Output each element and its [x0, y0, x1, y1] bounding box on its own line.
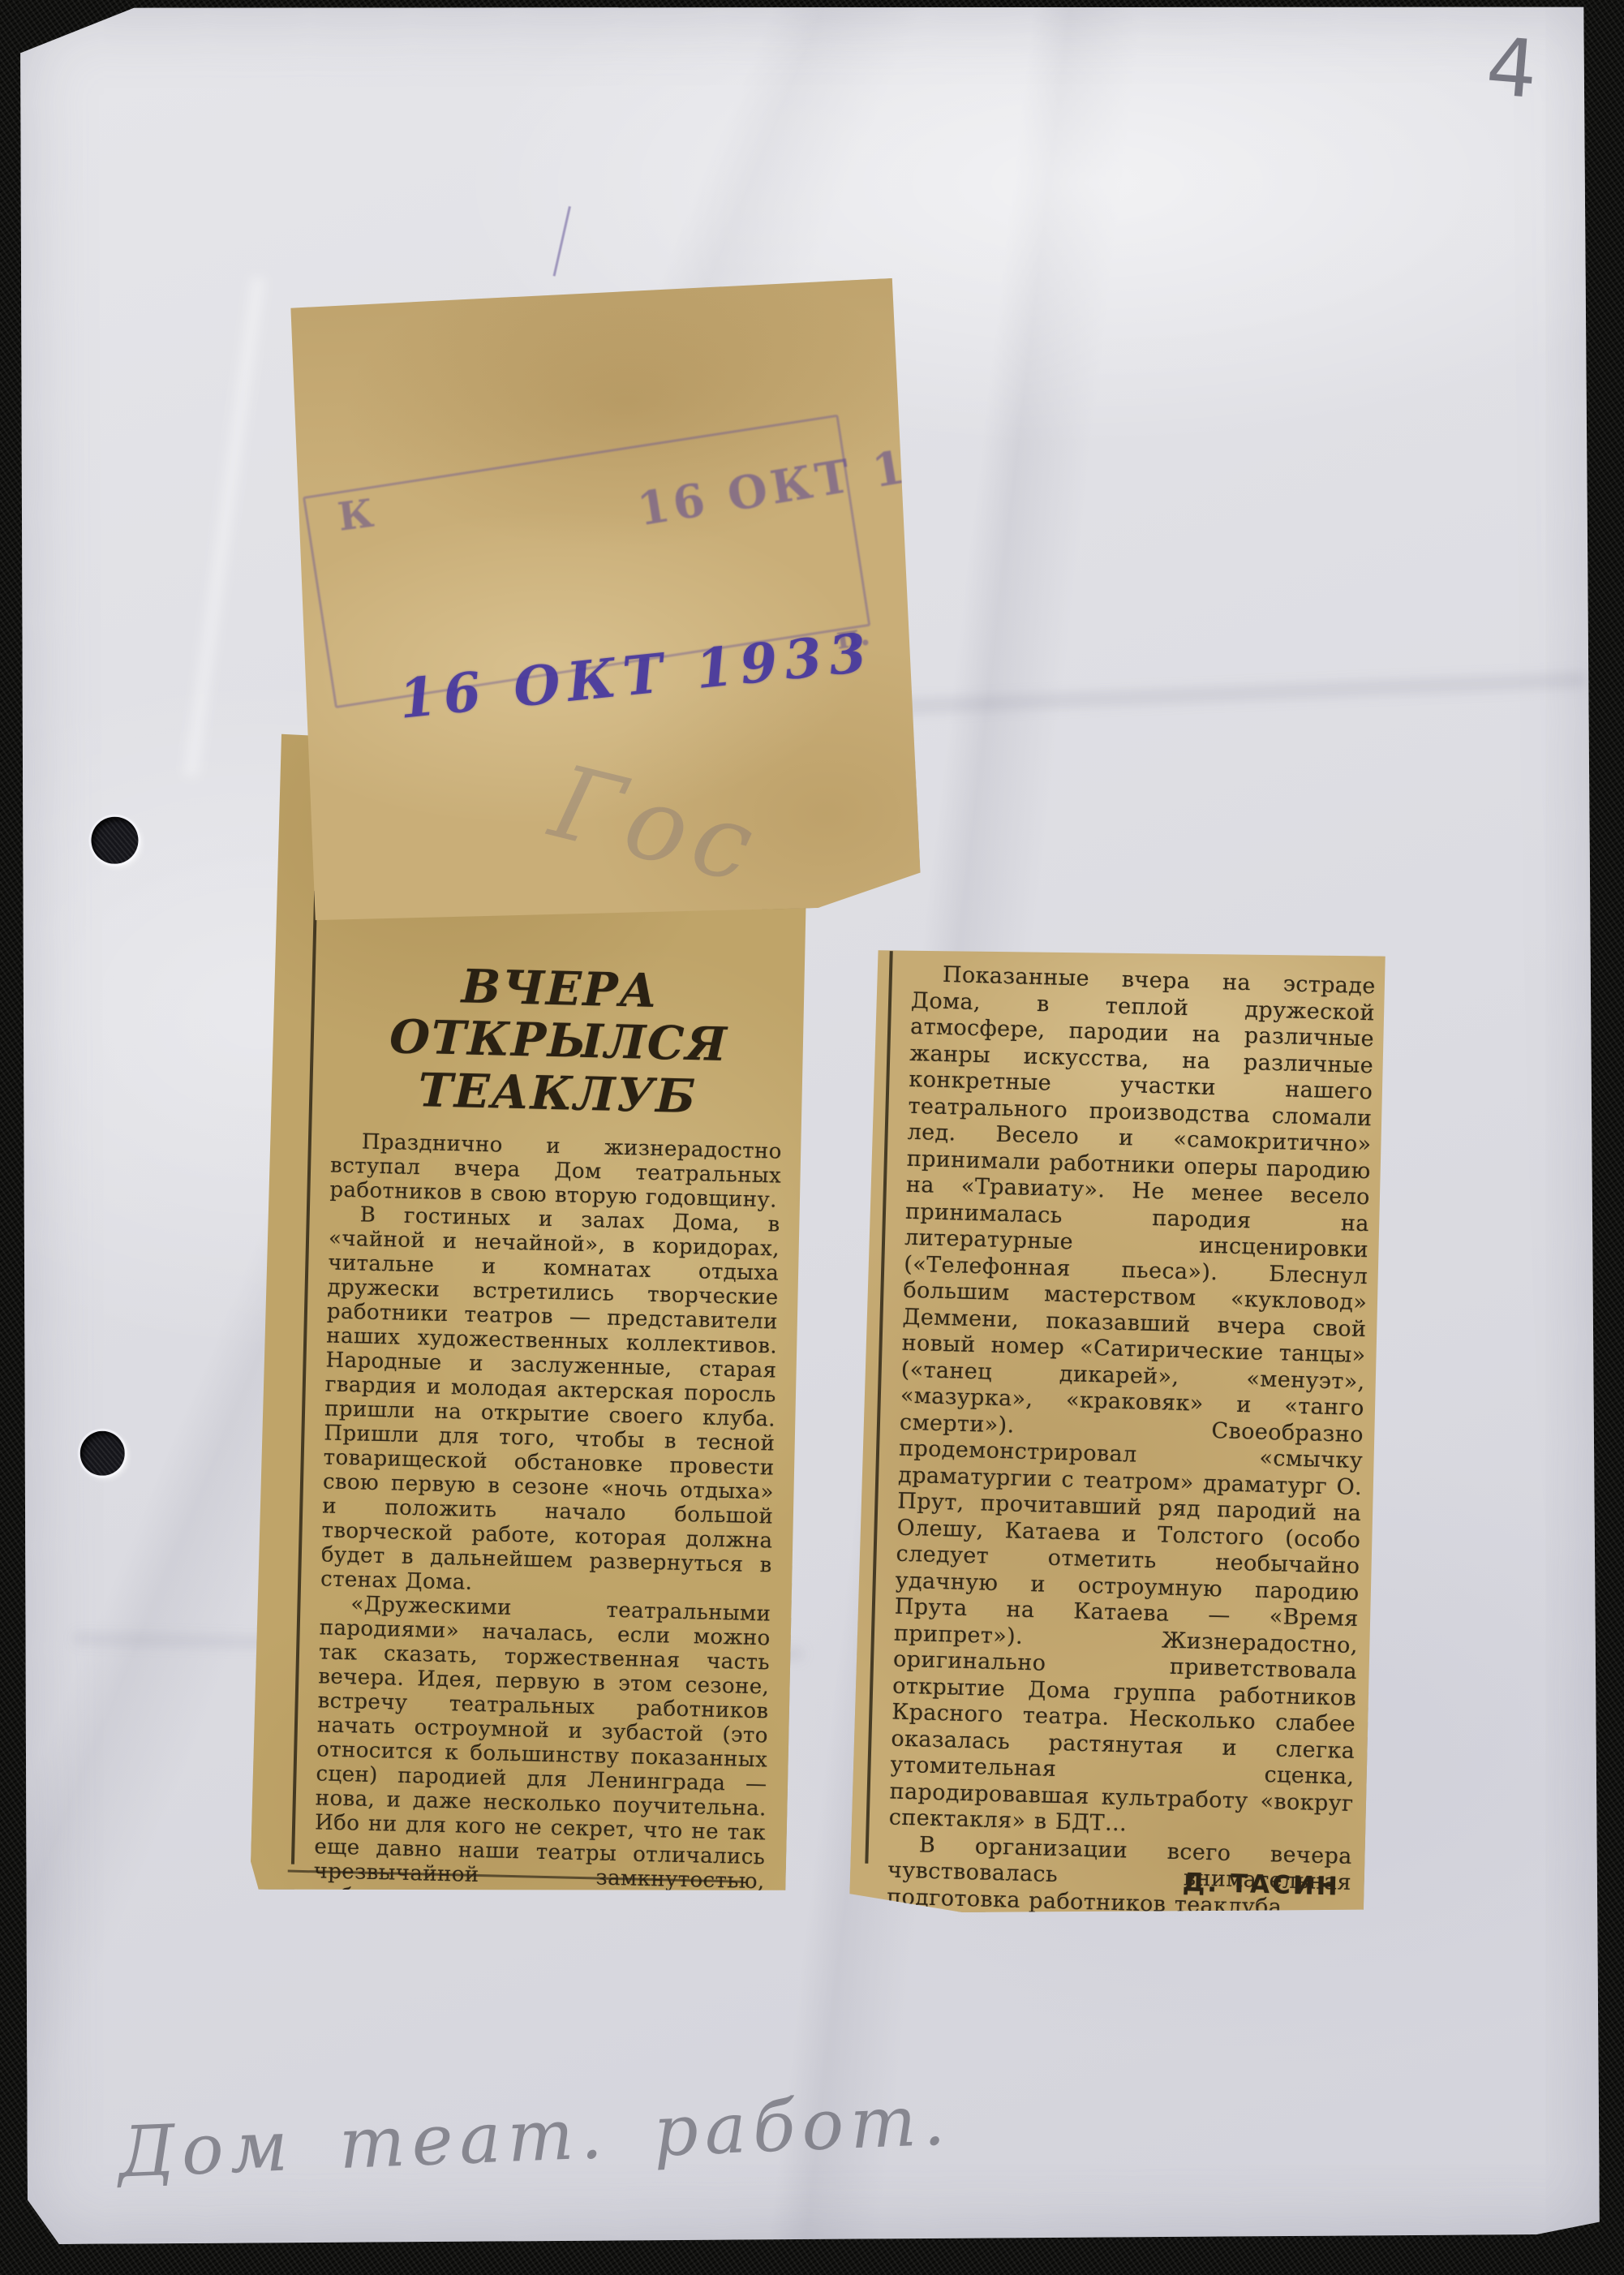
byline: Д. ТАСИН: [1182, 1868, 1340, 1901]
stamp-partial-letter: К: [335, 490, 380, 540]
right-clipping-article: Показанные вчера на эстраде Дома, в тепл…: [849, 943, 1390, 1924]
pencil-scribble: Гос: [540, 743, 771, 907]
article-headline: ВЧЕРА ОТКРЫЛСЯ ТЕАКЛУБ: [332, 958, 786, 1125]
punch-hole-top: [91, 817, 138, 864]
page-number: 4: [1483, 20, 1587, 121]
ink-tick-mark: [553, 206, 571, 276]
article-paragraph: «Дружескими театральными пародиями» нача…: [311, 1592, 771, 1902]
column-rule: [291, 891, 317, 1864]
upper-clipping-back: К 16 ОКТ 1933 п. 16 ОКТ 1933 Гос: [287, 278, 922, 928]
article-paragraph: В гостиных и залах Дома, в «чайной и неч…: [320, 1202, 780, 1602]
archivist-pencil-note: Дом теат. работ.: [117, 2079, 953, 2193]
article-paragraph: Показанные вчера на эстраде Дома, в тепл…: [888, 961, 1376, 1844]
article-paragraph: Празднично и жизнерадостно вступал вчера…: [329, 1129, 782, 1213]
column-rule: [865, 951, 892, 1864]
paper-crease: [181, 276, 268, 777]
headline-line: ТЕАКЛУБ: [332, 1062, 784, 1125]
article-body: Показанные вчера на эстраде Дома, в тепл…: [884, 961, 1376, 1923]
headline-line: ОТКРЫЛСЯ: [333, 1010, 784, 1073]
article-body: Празднично и жизнерадостно вступал вчера…: [311, 1129, 783, 1902]
article-paragraph: Дело теперь за тем, чтобы крепко наладит…: [884, 1910, 1350, 1923]
punch-hole-bottom: [80, 1431, 125, 1476]
album-page: 4 К 16 ОКТ 1933 п. 16 ОКТ 1933 Гос ВЧЕРА…: [18, 2, 1600, 2244]
